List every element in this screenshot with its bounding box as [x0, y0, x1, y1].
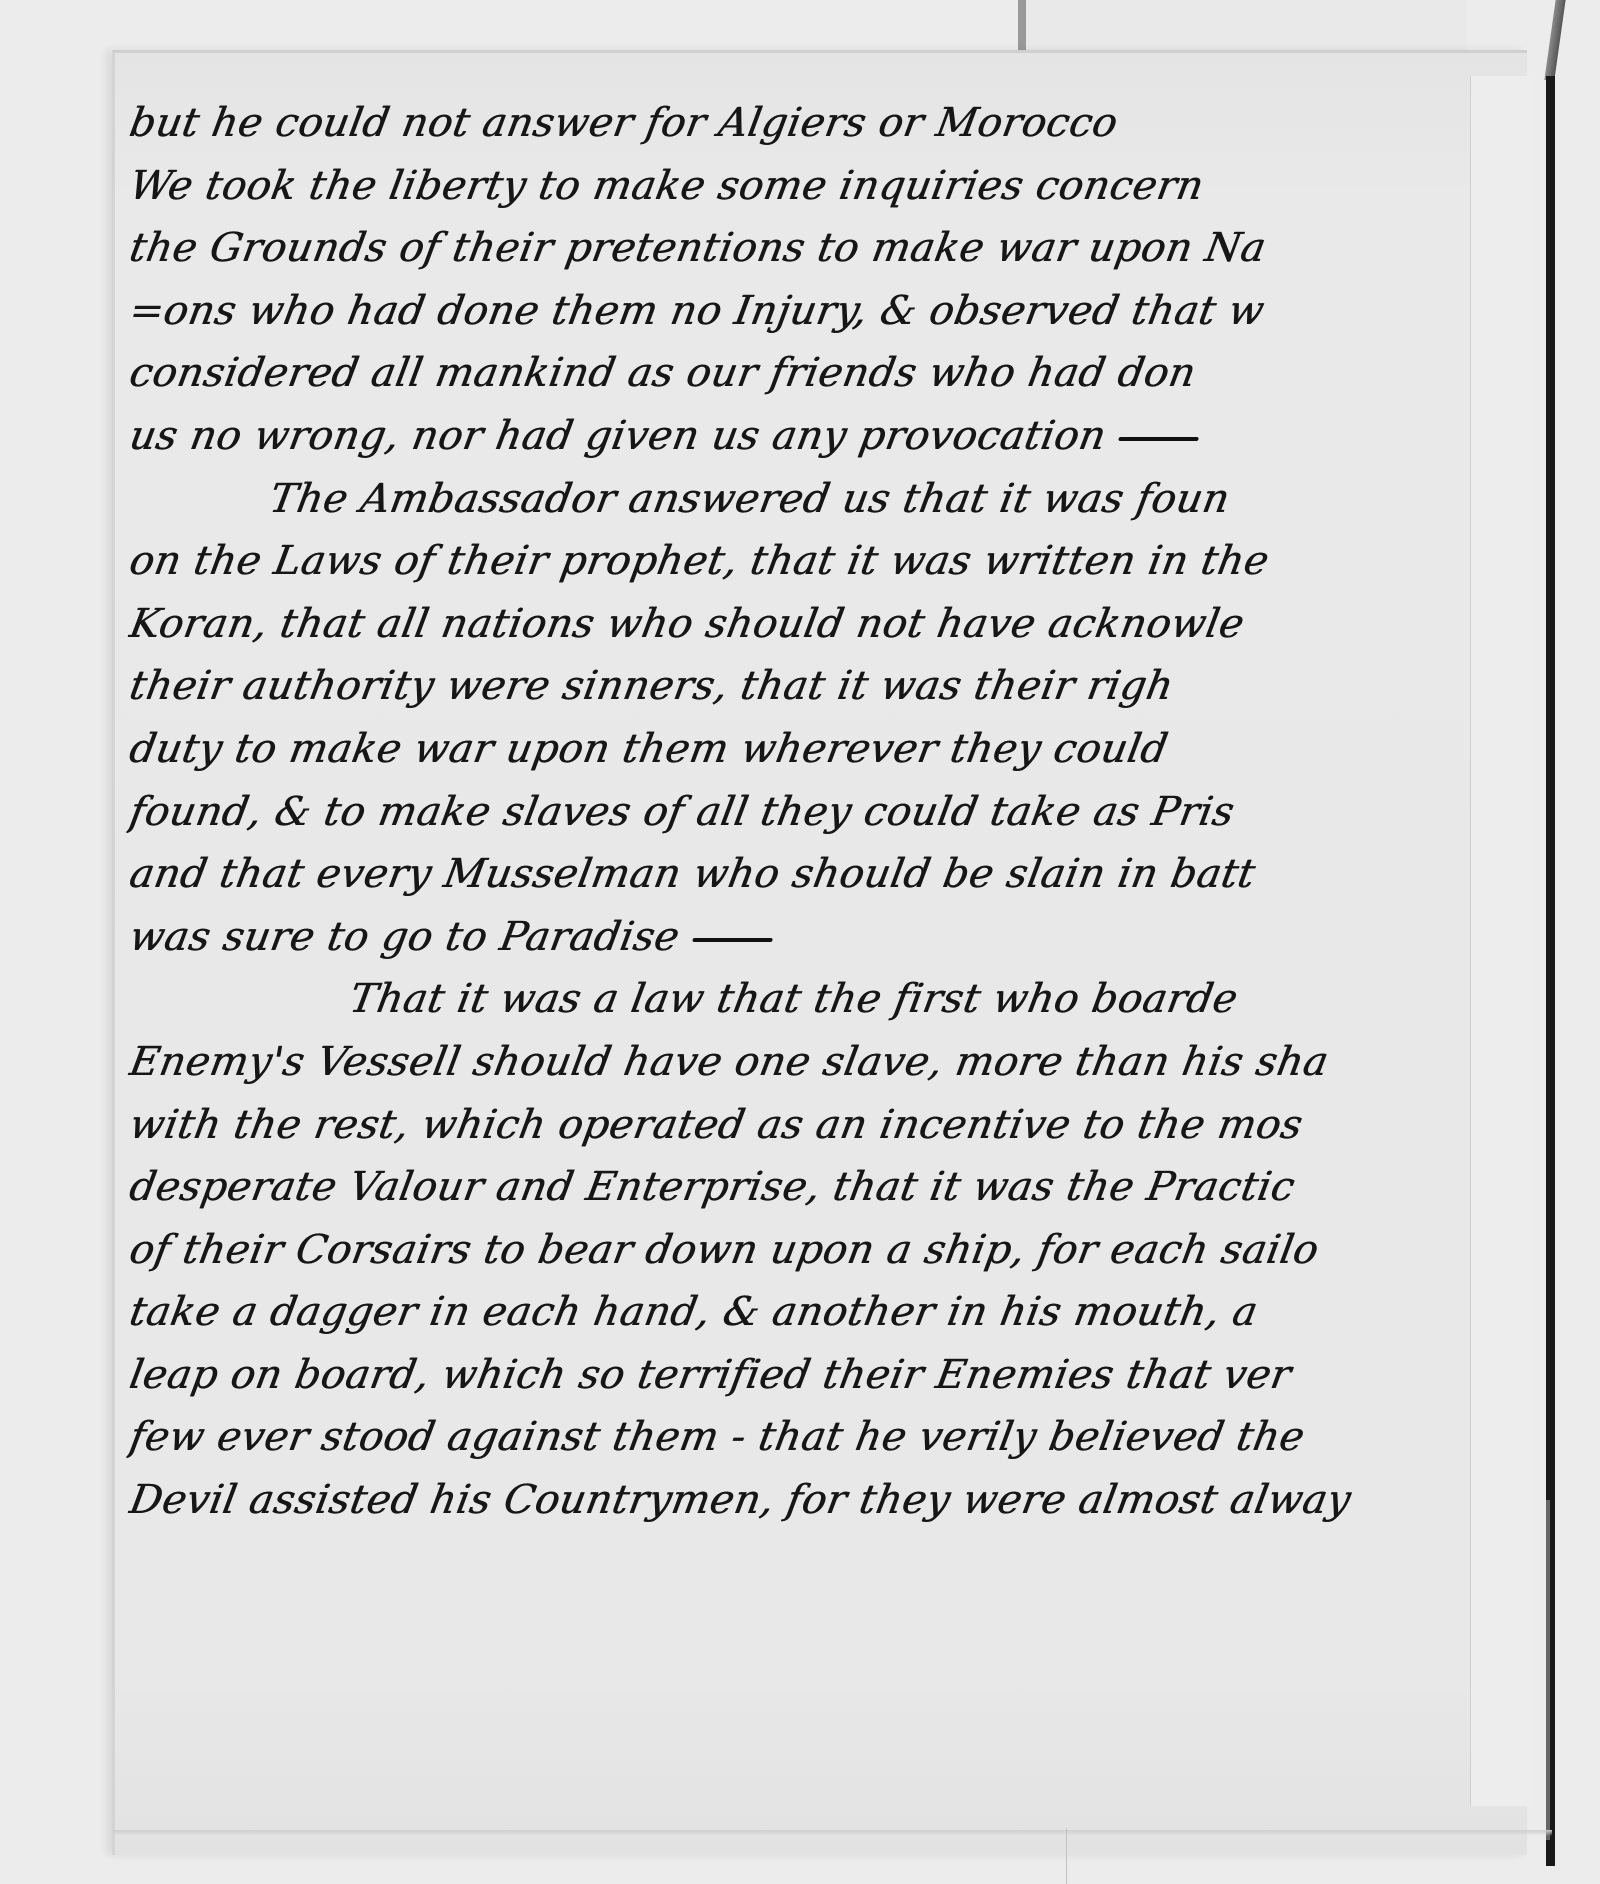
text-line: Koran, that all nations who should not h…: [124, 593, 1480, 656]
text-line: duty to make war upon them wherever they…: [124, 718, 1480, 781]
text-line: on the Laws of their prophet, that it wa…: [124, 530, 1480, 593]
text-line: their authority were sinners, that it wa…: [124, 655, 1480, 718]
dash-mark: [692, 938, 773, 942]
text-line: found, & to make slaves of all they coul…: [124, 781, 1480, 844]
page-margin-strip: [1470, 76, 1531, 1806]
page-bottom-shadow: [112, 1830, 1552, 1836]
handwritten-text-block: but he could not answer for Algiers or M…: [130, 92, 1475, 1532]
text-line: of their Corsairs to bear down upon a sh…: [124, 1219, 1480, 1282]
text-line: considered all mankind as our friends wh…: [124, 342, 1480, 405]
text-line: desperate Valour and Enterprise, that it…: [124, 1156, 1480, 1219]
text-line: with the rest, which operated as an ince…: [124, 1094, 1480, 1157]
text-line: We took the liberty to make some inquiri…: [124, 155, 1480, 218]
text-line: Devil assisted his Countrymen, for they …: [124, 1469, 1480, 1532]
mount-frame-edge-lower: [1546, 1500, 1550, 1840]
text-line: The Ambassador answered us that it was f…: [124, 468, 1480, 531]
manuscript-scan: but he could not answer for Algiers or M…: [0, 0, 1600, 1884]
dash-mark: [1119, 437, 1200, 441]
text-line: was sure to go to Paradise: [124, 906, 1480, 969]
text-line: Enemy's Vessell should have one slave, m…: [124, 1031, 1480, 1094]
text-line: take a dagger in each hand, & another in…: [124, 1281, 1480, 1344]
text-line: the Grounds of their pretentions to make…: [124, 217, 1480, 280]
text-line: us no wrong, nor had given us any provoc…: [124, 405, 1480, 468]
text-line: few ever stood against them - that he ve…: [124, 1406, 1480, 1469]
back-sheet-edge: [1544, 0, 1565, 80]
text-line: =ons who had done them no Injury, & obse…: [124, 280, 1480, 343]
text-line: leap on board, which so terrified their …: [124, 1344, 1480, 1407]
fold-line: [1066, 1828, 1067, 1884]
text-line: but he could not answer for Algiers or M…: [124, 92, 1480, 155]
text-line: That it was a law that the first who boa…: [124, 968, 1480, 1031]
text-line: and that every Musselman who should be s…: [124, 843, 1480, 906]
